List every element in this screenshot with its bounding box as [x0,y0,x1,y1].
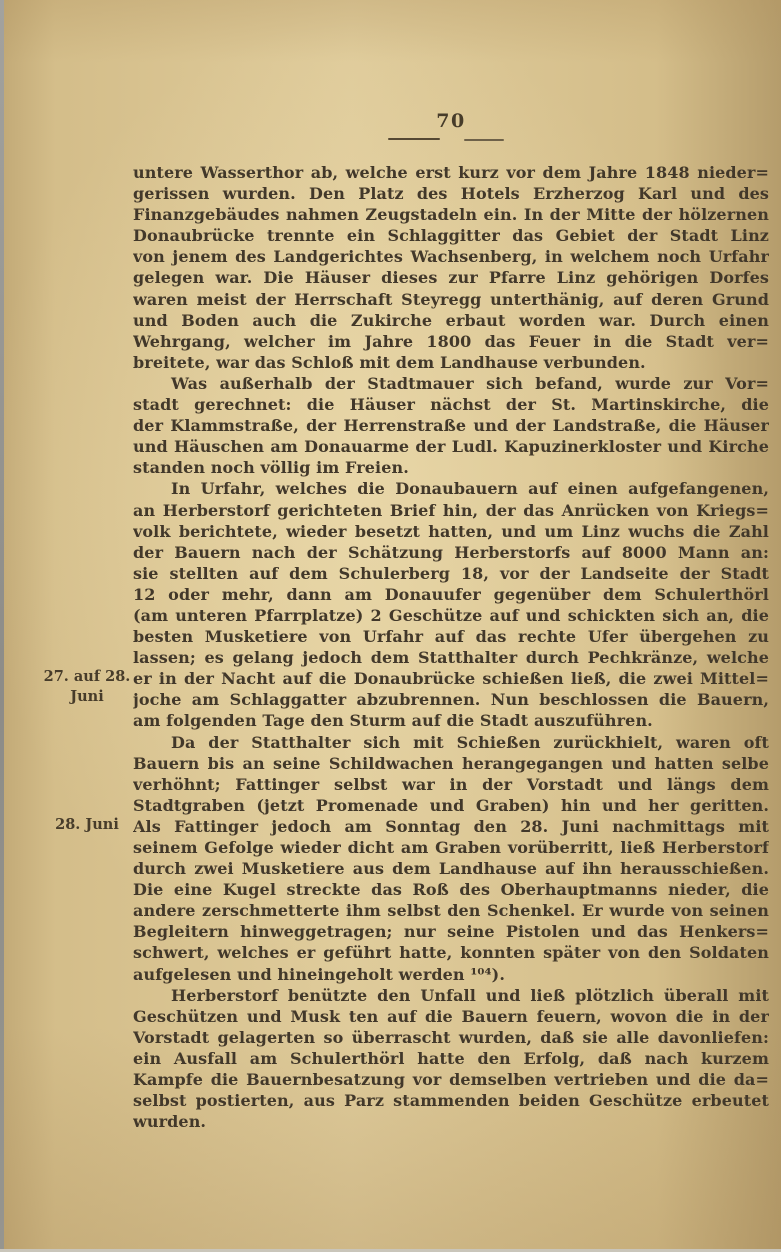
scanned-book-page: 70 untere Wasserthor ab, welche erst kur… [0,0,781,1252]
text-line: und Boden auch die Zukirche erbaut worde… [133,310,769,331]
margin-date-note: 28. Juni [36,815,138,835]
text-line: sie stellten auf dem Schulerberg 18, vor… [133,563,769,584]
text-line: Herberstorf benützte den Unfall und ließ… [133,985,769,1006]
text-line: Geschützen und Musk ten auf die Bauern f… [133,1006,769,1027]
text-line: untere Wasserthor ab, welche erst kurz v… [133,162,769,183]
text-line: Stadtgraben (jetzt Promenade und Graben)… [133,795,769,816]
margin-date-note-line: 27. auf 28. [36,667,138,687]
text-line: durch zwei Musketiere aus dem Landhause … [133,858,769,879]
text-line: er in der Nacht auf die Donaubrücke schi… [133,668,769,689]
text-line: volk berichtete, wieder besetzt hatten, … [133,521,769,542]
text-line: selbst postierten, aus Parz stammenden b… [133,1090,769,1111]
page-number: 70 [133,110,769,132]
text-line: Donaubrücke trennte ein Schlaggitter das… [133,225,769,246]
text-line: Begleitern hinweggetragen; nur seine Pis… [133,921,769,942]
text-line: aufgelesen und hineingeholt werden ¹⁰⁴). [133,964,769,985]
text-line: an Herberstorf gerichteten Brief hin, de… [133,500,769,521]
text-line: gelegen war. Die Häuser dieses zur Pfarr… [133,267,769,288]
text-line: Vorstadt gelagerten so überrascht wurden… [133,1027,769,1048]
text-line: stadt gerechnet: die Häuser nächst der S… [133,394,769,415]
text-line: ein Ausfall am Schulerthörl hatte den Er… [133,1048,769,1069]
text-line: von jenem des Landgerichtes Wachsenberg,… [133,246,769,267]
text-line: Kampfe die Bauernbesatzung vor demselben… [133,1069,769,1090]
text-line: joche am Schlaggatter abzubrennen. Nun b… [133,689,769,710]
book-binding-edge [0,0,4,1252]
text-line: Wehrgang, welcher im Jahre 1800 das Feue… [133,331,769,352]
text-line: lassen; es gelang jedoch dem Statthalter… [133,647,769,668]
body-text-block: untere Wasserthor ab, welche erst kurz v… [133,162,769,1132]
page-number-rule-left [388,138,440,140]
text-line: seinem Gefolge wieder dicht am Graben vo… [133,837,769,858]
text-line: der Bauern nach der Schätzung Herberstor… [133,542,769,563]
text-line: Als Fattinger jedoch am Sonntag den 28. … [133,816,769,837]
text-line: Was außerhalb der Stadtmauer sich befand… [133,373,769,394]
text-line: der Klammstraße, der Herrenstraße und de… [133,415,769,436]
text-line: am folgenden Tage den Sturm auf die Stad… [133,710,769,731]
text-line: andere zerschmetterte ihm selbst den Sch… [133,900,769,921]
text-line: verhöhnt; Fattinger selbst war in der Vo… [133,774,769,795]
margin-date-note: 27. auf 28.Juni [36,667,138,707]
text-line: 12 oder mehr, dann am Donauufer gegenübe… [133,584,769,605]
margin-date-note-line: Juni [36,687,138,707]
text-line: Bauern bis an seine Schildwachen herange… [133,753,769,774]
page-number-rule-right [464,139,504,141]
text-line: In Urfahr, welches die Donaubauern auf e… [133,478,769,499]
text-line: Die eine Kugel streckte das Roß des Ober… [133,879,769,900]
text-line: waren meist der Herrschaft Steyregg unte… [133,289,769,310]
text-line: Da der Statthalter sich mit Schießen zur… [133,732,769,753]
text-line: gerissen wurden. Den Platz des Hotels Er… [133,183,769,204]
margin-date-note-line: 28. Juni [36,815,138,835]
text-line: und Häuschen am Donauarme der Ludl. Kapu… [133,436,769,457]
text-line: (am unteren Pfarrplatze) 2 Geschütze auf… [133,605,769,626]
text-line: Finanzgebäudes nahmen Zeugstadeln ein. I… [133,204,769,225]
text-line: wurden. [133,1111,769,1132]
text-line: schwert, welches er geführt hatte, konnt… [133,942,769,963]
text-line: standen noch völlig im Freien. [133,457,769,478]
text-line: breitete, war das Schloß mit dem Landhau… [133,352,769,373]
text-line: besten Musketiere von Urfahr auf das rec… [133,626,769,647]
